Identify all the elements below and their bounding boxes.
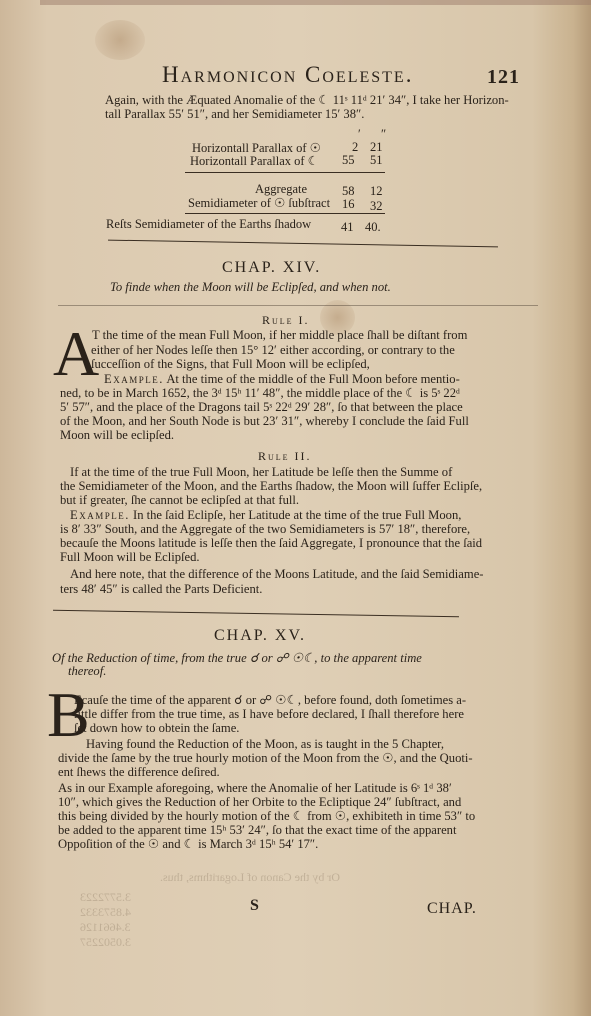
text-line: Full Moon will be Eclipſed. <box>60 550 495 564</box>
example-label: Example. <box>70 508 130 522</box>
text-line: but if greater, ſhe cannot be eclipſed a… <box>60 493 495 507</box>
page-number: 121 <box>487 66 520 89</box>
text-line: either of her Nodes leſſe then 15° 12′ e… <box>91 343 526 357</box>
section-divider <box>53 610 459 617</box>
text-line: ters 48′ 45″ is called the Parts Deficie… <box>60 582 495 596</box>
chapter-heading: CHAP. XV. <box>214 627 306 645</box>
chapter-subtitle: thereof. <box>68 664 106 679</box>
text-line: Having found the Reduction of the Moon, … <box>86 737 521 751</box>
bleed-through-text: 3.5772223 <box>80 890 131 905</box>
table-cell-sec: 32 <box>370 199 383 214</box>
bleed-through-text: Or by the Canon of Logarithms, thus. <box>160 870 340 885</box>
text-line: divide the ſame by the true hourly motio… <box>58 751 540 765</box>
table-row-label: Semidiameter of ☉ ſubſtract <box>188 195 330 211</box>
page-top-edge <box>40 0 591 5</box>
example-text: At the time of the middle of the Full Mo… <box>166 372 459 386</box>
stain <box>95 20 145 60</box>
chapter-heading: CHAP. XIV. <box>222 259 321 277</box>
chapter-subtitle: Of the Reduction of time, from the true … <box>52 650 422 666</box>
text-line: ent ſhews the difference deſired. <box>58 765 493 779</box>
table-cell-sec: 40. <box>365 220 381 235</box>
text-line: As in our Example aforegoing, where the … <box>58 781 540 795</box>
text-line: of the Moon, and her South Node is but 2… <box>60 414 540 428</box>
text-line: the Semidiameter of the Moon, and the Ea… <box>60 479 540 493</box>
example-label: Example. <box>104 372 164 386</box>
example-text: In the ſaid Eclipſe, her Latitude at the… <box>133 508 461 522</box>
rule-heading: Rule II. <box>258 449 312 464</box>
table-divider <box>185 172 385 173</box>
table-row-label: Reſts Semidiameter of the Earths ſhadow <box>106 217 311 232</box>
text-line: Ecauſe the time of the apparent ☌ or ☍ ☉… <box>74 693 540 707</box>
text-line: 10″, which gives the Reduction of her Or… <box>58 795 540 809</box>
text-line: Example. In the ſaid Eclipſe, her Latitu… <box>70 508 505 522</box>
text-line: becauſe the Moons latitude is leſſe then… <box>60 536 540 550</box>
table-cell-min: 41 <box>341 220 354 235</box>
text-line: 5′ 57″, and the place of the Dragons tai… <box>60 400 540 414</box>
section-divider <box>58 305 538 306</box>
text-line: ned, to be in March 1652, the 3ᵈ 15ʰ 11′… <box>60 386 540 400</box>
text-line: And here note, that the difference of th… <box>70 567 540 581</box>
table-row-label: Horizontall Parallax of ☾ <box>190 153 319 169</box>
table-cell-min: 55 <box>342 153 355 168</box>
table-divider <box>185 213 385 214</box>
text-line: T the time of the mean Full Moon, if her… <box>92 328 542 342</box>
chapter-subtitle: To finde when the Moon will be Eclipſed,… <box>110 280 391 295</box>
unit-minutes: ′ <box>358 127 361 142</box>
table-cell-min: 16 <box>342 197 355 212</box>
book-page: Harmonicon Coeleste. 121 Again, with the… <box>0 0 591 1016</box>
section-divider <box>108 240 498 248</box>
intro-line: Again, with the Æquated Anomalie of the … <box>105 93 540 107</box>
text-line: If at the time of the true Full Moon, he… <box>70 465 540 479</box>
text-line: is 8′ 33″ South, and the Aggregate of th… <box>60 522 540 536</box>
bleed-through-text: 3.4661126 <box>80 920 131 935</box>
text-line: this being divided by the hourly motion … <box>58 809 540 823</box>
table-cell-sec: 51 <box>370 153 383 168</box>
bleed-through-text: 3.0502257 <box>80 935 131 950</box>
rule-heading: Rule I. <box>262 313 310 328</box>
table-cell-sec: 12 <box>370 184 383 199</box>
intro-line: tall Parallax 55′ 51″, and her Semidiame… <box>105 107 540 121</box>
text-line: Example. At the time of the middle of th… <box>104 372 539 386</box>
text-line: little differ from the true time, as I h… <box>74 707 509 721</box>
signature-mark: S <box>250 897 259 915</box>
text-line: Oppoſition of the ☉ and ☾ is March 3ᵈ 15… <box>58 837 493 851</box>
text-line: be added to the apparent time 15ʰ 53′ 24… <box>58 823 540 837</box>
catchword: CHAP. <box>427 900 477 918</box>
running-title: Harmonicon Coeleste. <box>162 62 413 88</box>
text-line: ſet down how to obtein the ſame. <box>74 721 509 735</box>
text-line: Moon will be eclipſed. <box>60 428 495 442</box>
bleed-through-text: 4.8573332 <box>80 905 131 920</box>
text-line: ſucceſſion of the Signs, that Full Moon … <box>91 357 526 371</box>
